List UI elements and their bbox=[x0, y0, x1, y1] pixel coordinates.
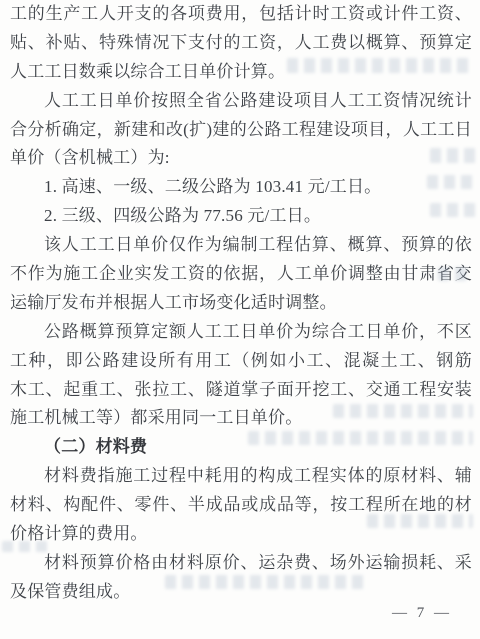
page-number: — 7 — bbox=[392, 605, 452, 622]
text-line: 公路概算预算定额人工工日单价为综合工日单价，不区分 bbox=[10, 318, 472, 347]
text-line: 人工工日单价按照全省公路建设项目人工工资情况统计综 bbox=[10, 87, 472, 116]
document-body: 工的生产工人开支的各项费用，包括计时工资或计件工资、津 贴、补贴、特殊情况下支付… bbox=[10, 0, 472, 607]
text-line: 及保管费组成。 bbox=[10, 578, 472, 607]
text-line: 施工机械工等）都采用同一工日单价。 bbox=[10, 404, 472, 433]
text-line: 工的生产工人开支的各项费用，包括计时工资或计件工资、津 bbox=[10, 0, 472, 29]
text-line: 价格计算的费用。 bbox=[10, 520, 472, 549]
text-line: 木工、起重工、张拉工、隧道掌子面开挖工、交通工程安装工、 bbox=[10, 376, 472, 405]
text-line: 人工工日数乘以综合工日单价计算。 bbox=[10, 58, 472, 87]
list-item-line: 2. 三级、四级公路为 77.56 元/工日。 bbox=[10, 202, 472, 231]
text-line: 贴、补贴、特殊情况下支付的工资，人工费以概算、预算定额 bbox=[10, 29, 472, 58]
text-line: 不作为施工企业实发工资的依据，人工单价调整由甘肃省交通 bbox=[10, 260, 472, 289]
list-item-line: 1. 高速、一级、二级公路为 103.41 元/工日。 bbox=[10, 173, 472, 202]
text-line: 工种，即公路建设所有用工（例如小工、混凝土工、钢筋工、 bbox=[10, 347, 472, 376]
scanned-document-page: 工的生产工人开支的各项费用，包括计时工资或计件工资、津 贴、补贴、特殊情况下支付… bbox=[0, 0, 480, 639]
text-line: 该人工工日单价仅作为编制工程估算、概算、预算的依据， bbox=[10, 231, 472, 260]
text-line: 材料费指施工过程中耗用的构成工程实体的原材料、辅助 bbox=[10, 462, 472, 491]
text-line: 运输厅发布并根据人工市场变化适时调整。 bbox=[10, 289, 472, 318]
text-line: 材料、构配件、零件、半成品或成品等，按工程所在地的材料 bbox=[10, 491, 472, 520]
text-line: 单价（含机械工）为: bbox=[10, 144, 472, 173]
text-line: 材料预算价格由材料原价、运杂费、场外运输损耗、采购 bbox=[10, 549, 472, 578]
section-heading: （二）材料费 bbox=[10, 433, 472, 462]
text-line: 合分析确定，新建和改(扩)建的公路工程建设项目，人工工日 bbox=[10, 116, 472, 145]
